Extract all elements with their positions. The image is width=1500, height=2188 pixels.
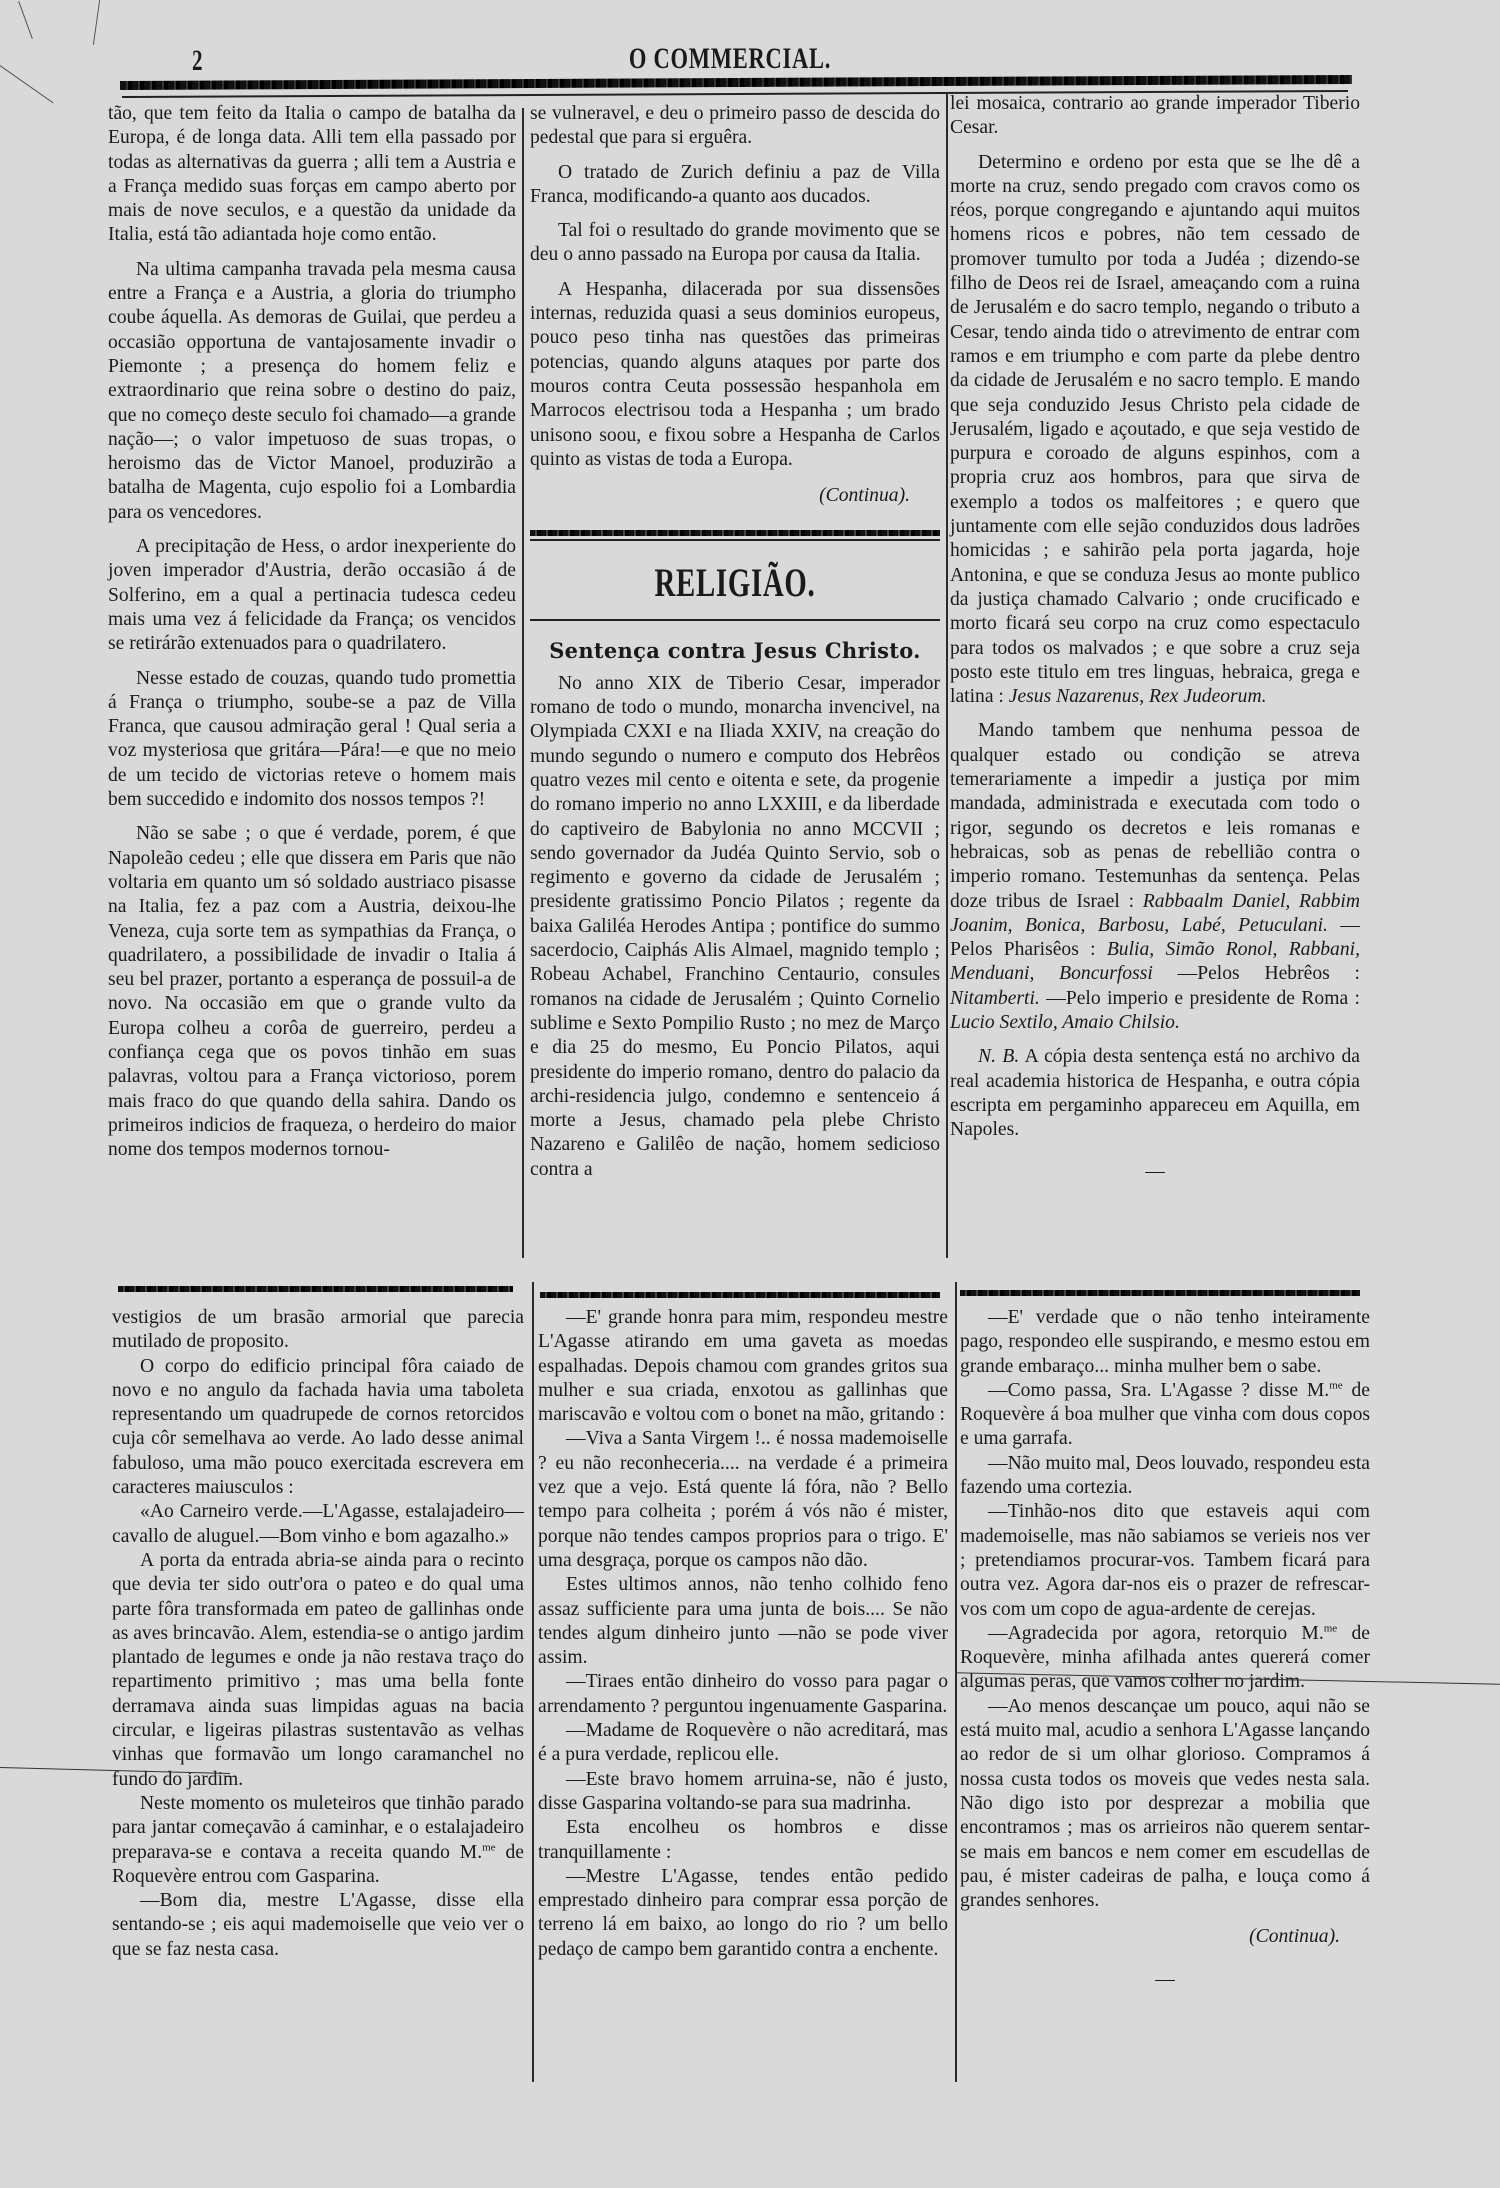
paragraph-text: —Como passa, Sra. L'Agasse ? disse M.	[988, 1380, 1329, 1401]
paragraph-text: Mando tambem que nenhuma pessoa de qualq…	[950, 720, 1360, 911]
paragraph: —Não muito mal, Deos louvado, respondeu …	[960, 1452, 1370, 1501]
end-dash: —	[950, 1160, 1360, 1184]
column-rule	[946, 92, 948, 1258]
page-number: 2	[192, 44, 203, 78]
inscription: Jesus Nazarenus, Rex Judeorum.	[1009, 686, 1267, 707]
column-rule	[955, 1282, 957, 2082]
paragraph: se vulneravel, e deu o primeiro passo de…	[530, 102, 940, 151]
paragraph: A Hespanha, dilacerada por sua dissensõe…	[530, 278, 940, 472]
superscript: me	[1329, 1379, 1342, 1391]
paragraph: —Este bravo homem arruina-se, não é just…	[538, 1768, 948, 1817]
paragraph: A precipitação de Hess, o ardor inexperi…	[108, 535, 516, 656]
paragraph: Nesse estado de couzas, quando tudo prom…	[108, 667, 516, 813]
continua-note: (Continua).	[530, 484, 940, 508]
witnesses-hebrews: Nitamberti.	[950, 988, 1040, 1009]
paragraph: Na ultima campanha travada pela mesma ca…	[108, 258, 516, 525]
sentence-text: Determino e ordeno por esta que se lhe d…	[950, 152, 1360, 708]
nb-label: N. B.	[978, 1046, 1019, 1067]
witnesses-rome: Lucio Sextilo, Amaio Chilsio.	[950, 1012, 1180, 1033]
paragraph: —Bom dia, mestre L'Agasse, disse ella se…	[112, 1889, 524, 1962]
paragraph: —Tinhão-nos dito que estaveis aqui com m…	[960, 1500, 1370, 1621]
paragraph: Determino e ordeno por esta que se lhe d…	[950, 151, 1360, 710]
masthead: 2 O COMMERCIAL.	[110, 38, 1350, 78]
section-separator	[530, 530, 940, 536]
paragraph: Estes ultimos annos, não tenho colhido f…	[538, 1573, 948, 1670]
heading-rule	[530, 619, 940, 621]
paragraph: —Viva a Santa Virgem !.. é nossa mademoi…	[538, 1427, 948, 1573]
section-separator	[960, 1290, 1360, 1296]
witness-label: —Pelo imperio e presidente de Roma :	[1046, 988, 1360, 1009]
bottom-column-2: —E' grande honra para mim, respondeu mes…	[538, 1306, 948, 1962]
section-heading-religiao: RELIGIÃO.	[587, 559, 882, 607]
bottom-column-1: vestigios de um brasão armorial que pare…	[112, 1306, 524, 1962]
scan-scratch	[18, 1, 33, 39]
newspaper-page: 2 O COMMERCIAL. tão, que tem feito da It…	[0, 0, 1500, 2188]
end-dash: —	[960, 1968, 1370, 1992]
superscript: me	[482, 1841, 495, 1853]
top-column-3: lei mosaica, contrario ao grande imperad…	[950, 92, 1360, 1185]
paragraph: No anno XIX de Tiberio Cesar, imperador …	[530, 672, 940, 1182]
paragraph: O tratado de Zurich definiu a paz de Vil…	[530, 161, 940, 210]
section-separator	[540, 1292, 940, 1298]
paragraph: Neste momento os muleteiros que tinhão p…	[112, 1792, 524, 1889]
paragraph: «Ao Carneiro verde.—L'Agasse, estalajade…	[112, 1500, 524, 1549]
continua-note: (Continua).	[960, 1925, 1370, 1949]
superscript: me	[1324, 1622, 1337, 1634]
article-title: Sentença contra Jesus Christo.	[530, 639, 940, 663]
paragraph: —Mestre L'Agasse, tendes então pedido em…	[538, 1865, 948, 1962]
paragraph-text: Neste momento os muleteiros que tinhão p…	[112, 1793, 524, 1863]
section-separator	[118, 1286, 513, 1292]
paragraph: —Ao menos descançae um pouco, aqui não s…	[960, 1695, 1370, 1914]
paragraph: —E' grande honra para mim, respondeu mes…	[538, 1306, 948, 1427]
bottom-column-3: —E' verdade que o não tenho inteiramente…	[960, 1306, 1370, 1992]
paragraph: —Madame de Roquevère o não acreditará, m…	[538, 1719, 948, 1768]
paragraph: Esta encolheu os hombros e disse tranqui…	[538, 1816, 948, 1865]
paragraph: Tal foi o resultado do grande movimento …	[530, 219, 940, 268]
paragraph: —E' verdade que o não tenho inteiramente…	[960, 1306, 1370, 1379]
paragraph: —Como passa, Sra. L'Agasse ? disse M.me …	[960, 1379, 1370, 1452]
paragraph: Não se sabe ; o que é verdade, porem, é …	[108, 822, 516, 1162]
top-column-2: se vulneravel, e deu o primeiro passo de…	[530, 102, 940, 1182]
section-separator-thin	[530, 539, 940, 541]
paragraph-text: —Agradecida por agora, retorquio M.	[988, 1623, 1324, 1644]
paragraph: Mando tambem que nenhuma pessoa de qualq…	[950, 719, 1360, 1035]
top-column-1: tão, que tem feito da Italia o campo de …	[108, 102, 516, 1162]
column-rule	[522, 108, 524, 1258]
paragraph: tão, que tem feito da Italia o campo de …	[108, 102, 516, 248]
scan-scratch	[93, 0, 100, 45]
newspaper-title: O COMMERCIAL.	[265, 42, 1195, 76]
paragraph: O corpo do edificio principal fôra caiad…	[112, 1355, 524, 1501]
witness-label: —Pelos Hebrêos :	[1178, 963, 1360, 984]
paragraph: vestigios de um brasão armorial que pare…	[112, 1306, 524, 1355]
column-rule	[532, 1282, 534, 2082]
paragraph: A porta da entrada abria-se ainda para o…	[112, 1549, 524, 1792]
scan-scratch	[0, 57, 54, 104]
paragraph: —Tiraes então dinheiro do vosso para pag…	[538, 1670, 948, 1719]
paragraph: N. B. A cópia desta sentença está no arc…	[950, 1045, 1360, 1142]
paragraph: lei mosaica, contrario ao grande imperad…	[950, 92, 1360, 141]
paragraph: —Agradecida por agora, retorquio M.me de…	[960, 1622, 1370, 1695]
